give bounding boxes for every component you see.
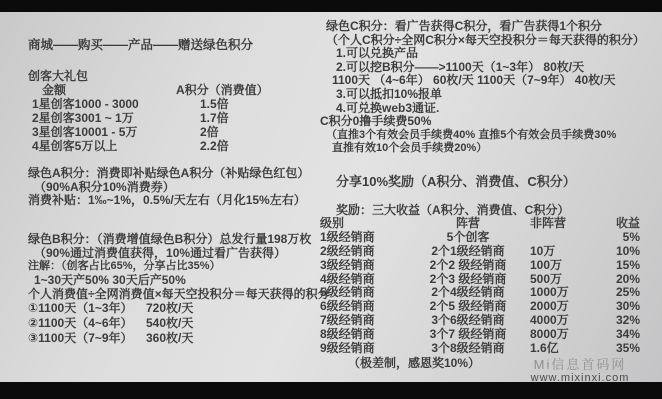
green-c-points-section: 绿色C积分：看广告获得C积分，看广告获得1个积分 （个人C积分÷全网C积分×每天… — [320, 20, 656, 156]
table-cell: 3个8级经销商 — [406, 342, 530, 356]
list-item: ③1100天（7~9年） — [28, 331, 146, 346]
c-points-item2b: 1100天 （4~6年） 60枚/天 1100天（7~9年） 40枚/天 — [320, 74, 656, 88]
table-cell — [530, 231, 602, 245]
reward-section: 奖励：三大收益（A积分、消费值、C积分） 级别 阵营 非阵营 收益 1级经销商 … — [320, 203, 656, 370]
table-cell: 10万 — [530, 245, 602, 259]
c-points-fee-detail2: 直推有效10个会员手续费20%） — [320, 142, 656, 156]
green-b-points-section: 绿色B积分：（消费增值绿色B积分）总发行量198万枚 （90%通过消费值获得，1… — [28, 232, 332, 346]
table-row: 1星创客1000 - 3000 — [28, 97, 176, 111]
list-item: ①1100天（1~3年） — [28, 301, 146, 316]
table-row: 1级经销商 — [320, 231, 406, 245]
reward-title: 奖励：三大收益（A积分、消费值、C积分） — [320, 203, 656, 217]
a-points-line3: 消费补贴：1‰~1%，0.5%/天左右（月化15%左右） — [28, 194, 332, 208]
table-cell: 1.6亿 — [530, 342, 602, 356]
table-cell: 3个7 级经销商 — [406, 328, 530, 342]
table-cell: 34% — [602, 328, 642, 342]
watermark: Mi信息首码网 www.mixinxi.com — [500, 357, 660, 385]
b-points-line1: 绿色B积分：（消费增值绿色B积分）总发行量198万枚 — [28, 232, 332, 246]
col-header-camp: 阵营 — [406, 217, 530, 231]
breadcrumb: 商城——购买——产品——赠送绿色积分 — [28, 38, 332, 52]
table-cell: 2倍 — [176, 125, 332, 139]
table-cell: 4000万 — [530, 314, 602, 328]
c-points-line1: 绿色C积分：看广告获得C积分，看广告获得1个积分 — [320, 20, 656, 34]
col-header-level: 级别 — [320, 217, 406, 231]
a-points-line1: 绿色A积分：消费即补贴绿色A积分（补贴绿色红包） — [28, 167, 332, 181]
b-points-formula: 个人消费值÷全网消费值×每天空投积分＝每天获得的积分 — [28, 287, 332, 301]
table-row: 3星创客10001 - 5万 — [28, 125, 176, 139]
table-cell: 2.2倍 — [176, 139, 332, 153]
b-points-schedule: ①1100天（1~3年） 720枚/天 ②1100天（4~6年） 540枚/天 … — [28, 301, 332, 346]
table-cell: 500万 — [530, 273, 602, 287]
table-cell: 1.5倍 — [176, 97, 332, 111]
table-cell: 15% — [602, 259, 642, 273]
table-cell: 1000万 — [530, 286, 602, 300]
gift-pack-col-amount: 金额 — [28, 83, 176, 97]
list-item-value: 720枚/天 — [146, 301, 332, 316]
table-cell: 25% — [602, 286, 642, 300]
c-points-fee-line: C积分0撸手续费50% — [320, 115, 656, 129]
table-cell: 20% — [602, 273, 642, 287]
table-cell: 32% — [602, 314, 642, 328]
top-letterbox-bar — [0, 0, 662, 12]
gift-pack-table: 金额 A积分（消费值） 1星创客1000 - 3000 1.5倍 2星创客300… — [28, 83, 332, 153]
a-points-line2: （90%A积分10%消费券） — [28, 181, 332, 195]
share-reward-title: 分享10%奖励（A积分、消费值、C积分） — [320, 171, 656, 190]
c-points-item3: 3.可以抵扣10%报单 — [320, 88, 656, 102]
b-points-line4: 1~30天产50% 30天后产50% — [28, 273, 332, 287]
right-column: 绿色C积分：看广告获得C积分，看广告获得1个积分 （个人C积分÷全网C积分×每天… — [320, 20, 656, 370]
green-a-points-section: 绿色A积分：消费即补贴绿色A积分（补贴绿色红包） （90%A积分10%消费券） … — [28, 167, 332, 208]
table-cell: 2个2 级经销商 — [406, 259, 530, 273]
table-cell: 5% — [602, 231, 642, 245]
table-cell: 35% — [602, 342, 642, 356]
table-cell: 2000万 — [530, 300, 602, 314]
b-points-line2: （90%通过消费值获得，10%通过看广告获得） — [28, 246, 332, 260]
table-row: 9级经销商 — [320, 342, 406, 356]
b-points-note: 注解：（创客占比65%，分享占比35%） — [28, 260, 332, 273]
table-row: 2星创客3001 ~ 1万 — [28, 111, 176, 125]
c-points-fee-detail1: （直推3个有效会员手续费40% 直推5个有效会员手续费30% — [320, 129, 656, 143]
list-item: ②1100天（4~6年） — [28, 316, 146, 331]
table-cell: 5个创客 — [406, 231, 530, 245]
table-cell: 100万 — [530, 259, 602, 273]
watermark-site-name: Mi信息首码网 — [500, 357, 660, 372]
table-cell: 10% — [602, 245, 642, 259]
table-row: 3级经销商 — [320, 259, 406, 273]
watermark-url: www.mixinxi.com — [500, 372, 660, 385]
table-cell: 2个1级经销商 — [406, 245, 530, 259]
col-header-noncamp: 非阵营 — [530, 217, 602, 231]
table-cell: 8000万 — [530, 328, 602, 342]
document-photo: 商城——购买——产品——赠送绿色积分 创客大礼包 金额 A积分（消费值） 1星创… — [0, 12, 662, 382]
list-item-value: 360枚/天 — [146, 331, 332, 346]
table-row: 8级经销商 — [320, 328, 406, 342]
table-cell: 1.7倍 — [176, 111, 332, 125]
c-points-item1: 1.可以兑换产品 — [320, 47, 656, 61]
table-row: 4星创客5万以上 — [28, 139, 176, 153]
gift-pack-title: 创客大礼包 — [28, 69, 332, 83]
col-header-income: 收益 — [602, 217, 642, 231]
gift-pack-col-points: A积分（消费值） — [176, 83, 332, 97]
table-cell: 30% — [602, 300, 642, 314]
reward-table: 级别 阵营 非阵营 收益 1级经销商 5个创客 5% 2级经销商 2个1级经销商… — [320, 217, 642, 356]
screenshot-root: 商城——购买——产品——赠送绿色积分 创客大礼包 金额 A积分（消费值） 1星创… — [0, 0, 662, 399]
table-row: 2级经销商 — [320, 245, 406, 259]
list-item-value: 540枚/天 — [146, 316, 332, 331]
left-column: 商城——购买——产品——赠送绿色积分 创客大礼包 金额 A积分（消费值） 1星创… — [28, 38, 332, 346]
